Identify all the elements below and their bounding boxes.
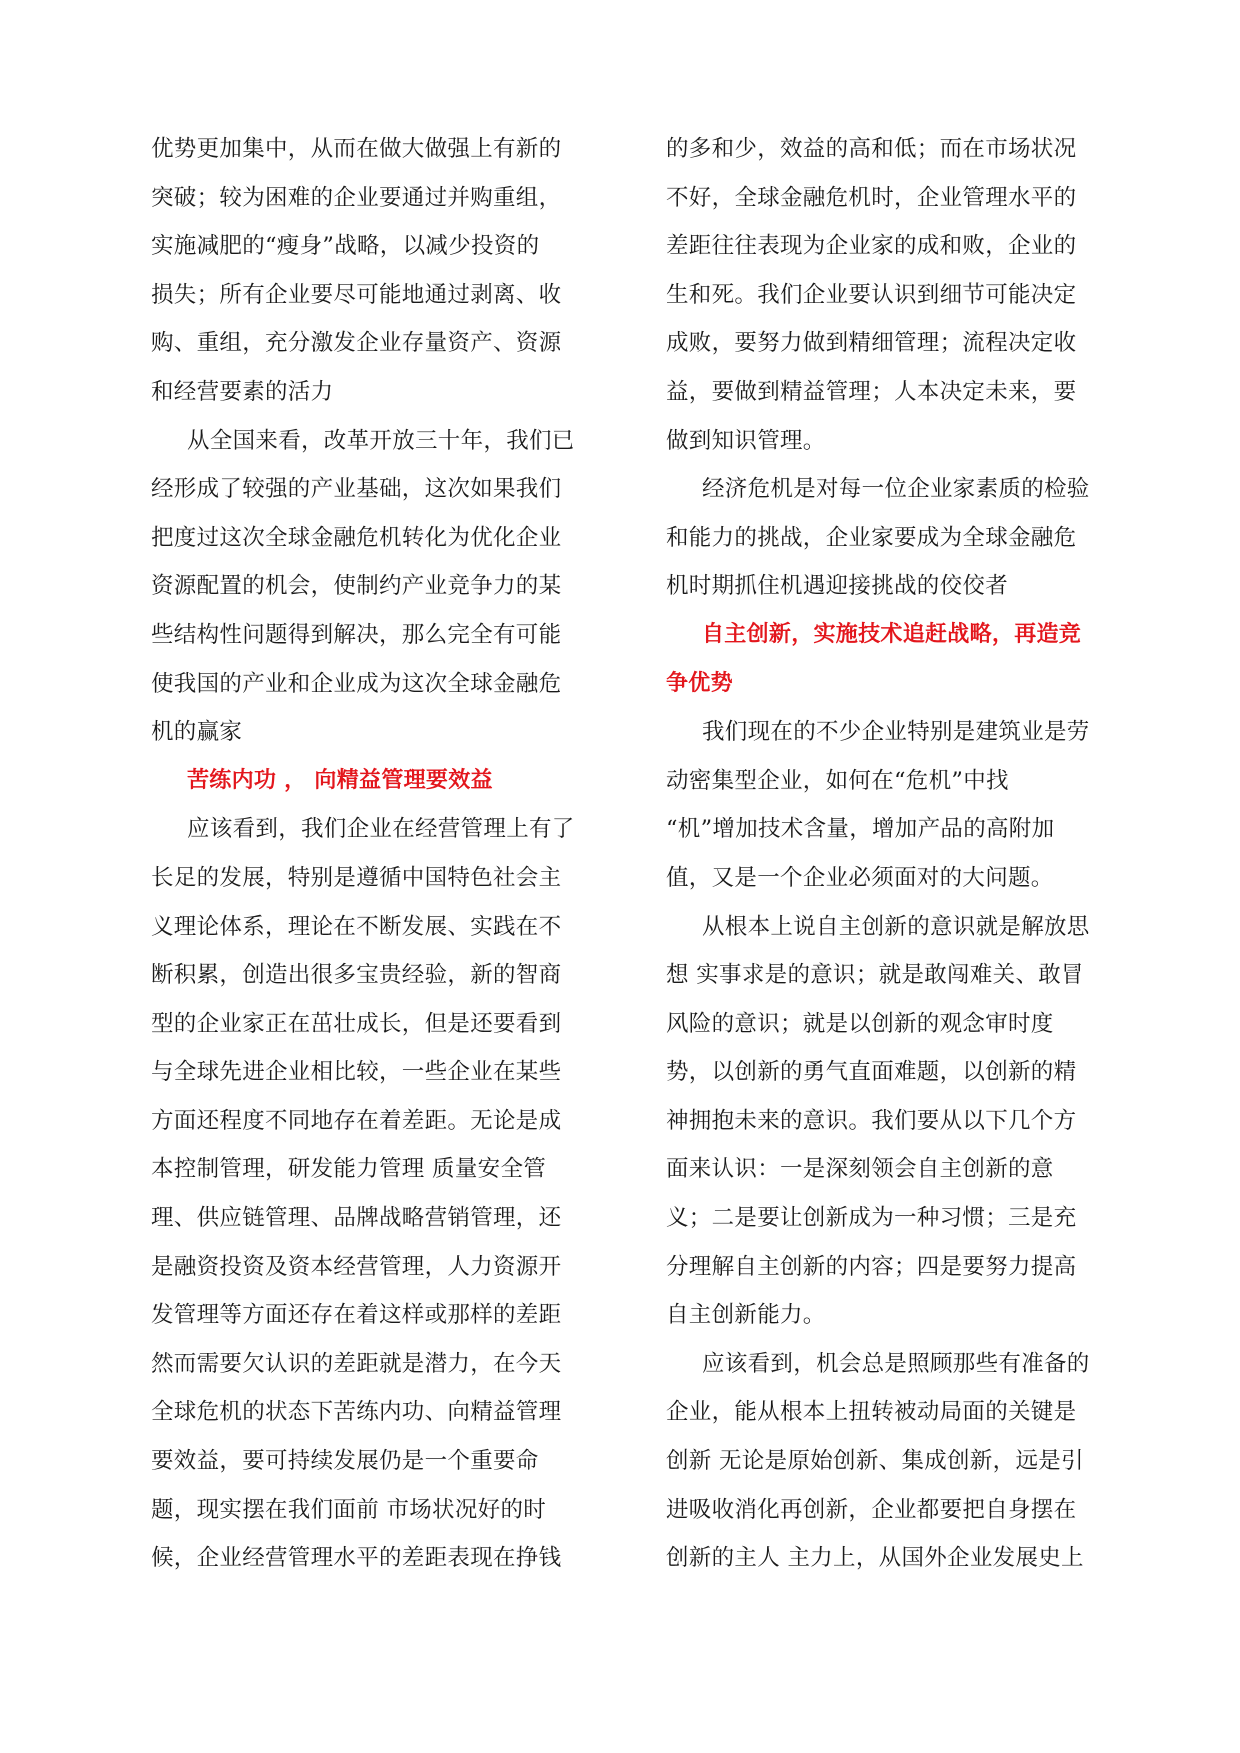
- text-line: 些结构性问题得到解决，那么完全有可能: [151, 611, 609, 660]
- text-line: 全球危机的状态下苦练内功、向精益管理: [151, 1388, 609, 1437]
- text-line: “机”增加技术含量，增加产品的高附加: [666, 805, 1124, 854]
- section-heading-continued: 争优势: [666, 660, 1124, 709]
- text-line: 型的企业家正在茁壮成长，但是还要看到: [151, 1000, 609, 1049]
- text-line: 然而需要欠认识的差距就是潜力，在今天: [151, 1340, 609, 1389]
- paragraph-start-line: 应该看到，机会总是照顾那些有准备的: [666, 1340, 1124, 1389]
- paragraph-start-line: 经济危机是对每一位企业家素质的检验: [666, 465, 1124, 514]
- left-column: 优势更加集中，从而在做大做强上有新的 突破；较为困难的企业要通过并购重组， 实施…: [151, 125, 609, 1583]
- right-column: 的多和少，效益的高和低；而在市场状况 不好，全球金融危机时，企业管理水平的 差距…: [666, 125, 1124, 1583]
- text-line: 突破；较为困难的企业要通过并购重组，: [151, 174, 609, 223]
- text-line: 的多和少，效益的高和低；而在市场状况: [666, 125, 1124, 174]
- text-line: 实施减肥的“瘦身”战略，以减少投资的: [151, 222, 609, 271]
- section-heading: 苦练内功 ， 向精益管理要效益: [151, 757, 609, 806]
- text-line: 企业，能从根本上扭转被动局面的关键是: [666, 1388, 1124, 1437]
- text-line: 益，要做到精益管理；人本决定未来，要: [666, 368, 1124, 417]
- text-line: 义；二是要让创新成为一种习惯；三是充: [666, 1194, 1124, 1243]
- text-line: 创新的主人 主力上，从国外企业发展史上: [666, 1534, 1124, 1583]
- text-line: 成败，要努力做到精细管理；流程决定收: [666, 319, 1124, 368]
- text-line: 发管理等方面还存在着这样或那样的差距: [151, 1291, 609, 1340]
- text-line: 方面还程度不同地存在着差距。无论是成: [151, 1097, 609, 1146]
- text-line: 资源配置的机会，使制约产业竞争力的某: [151, 562, 609, 611]
- text-line: 候，企业经营管理水平的差距表现在挣钱: [151, 1534, 609, 1583]
- text-line: 和能力的挑战，企业家要成为全球金融危: [666, 514, 1124, 563]
- text-line: 做到知识管理。: [666, 417, 1124, 466]
- text-line: 动密集型企业，如何在“危机”中找: [666, 757, 1124, 806]
- text-line: 不好，全球金融危机时，企业管理水平的: [666, 174, 1124, 223]
- text-line: 长足的发展，特别是遵循中国特色社会主: [151, 854, 609, 903]
- text-line: 自主创新能力。: [666, 1291, 1124, 1340]
- section-heading: 自主创新，实施技术追赶战略，再造竞: [666, 611, 1124, 660]
- text-line: 优势更加集中，从而在做大做强上有新的: [151, 125, 609, 174]
- text-line: 要效益，要可持续发展仍是一个重要命: [151, 1437, 609, 1486]
- text-line: 值，又是一个企业必须面对的大问题。: [666, 854, 1124, 903]
- text-line: 势，以创新的勇气直面难题，以创新的精: [666, 1048, 1124, 1097]
- text-line: 面来认识：一是深刻领会自主创新的意: [666, 1145, 1124, 1194]
- text-line: 与全球先进企业相比较，一些企业在某些: [151, 1048, 609, 1097]
- text-line: 神拥抱未来的意识。我们要从以下几个方: [666, 1097, 1124, 1146]
- paragraph-start-line: 我们现在的不少企业特别是建筑业是劳: [666, 708, 1124, 757]
- text-line: 义理论体系，理论在不断发展、实践在不: [151, 903, 609, 952]
- text-line: 创新 无论是原始创新、集成创新，远是引: [666, 1437, 1124, 1486]
- text-line: 题，现实摆在我们面前 市场状况好的时: [151, 1486, 609, 1535]
- text-line: 经形成了较强的产业基础，这次如果我们: [151, 465, 609, 514]
- text-line: 购、重组，充分激发企业存量资产、资源: [151, 319, 609, 368]
- text-line: 机的赢家: [151, 708, 609, 757]
- text-line: 损失；所有企业要尽可能地通过剥离、收: [151, 271, 609, 320]
- paragraph-start-line: 从根本上说自主创新的意识就是解放思: [666, 903, 1124, 952]
- document-page: 优势更加集中，从而在做大做强上有新的 突破；较为困难的企业要通过并购重组， 实施…: [0, 0, 1240, 1753]
- text-line: 进吸收消化再创新，企业都要把自身摆在: [666, 1486, 1124, 1535]
- text-line: 本控制管理，研发能力管理 质量安全管: [151, 1145, 609, 1194]
- text-line: 机时期抓住机遇迎接挑战的佼佼者: [666, 562, 1124, 611]
- paragraph-start-line: 从全国来看，改革开放三十年，我们已: [151, 417, 609, 466]
- text-line: 断积累，创造出很多宝贵经验，新的智商: [151, 951, 609, 1000]
- text-line: 把度过这次全球金融危机转化为优化企业: [151, 514, 609, 563]
- text-line: 和经营要素的活力: [151, 368, 609, 417]
- text-line: 使我国的产业和企业成为这次全球金融危: [151, 660, 609, 709]
- text-line: 理、供应链管理、品牌战略营销管理，还: [151, 1194, 609, 1243]
- text-line: 差距往往表现为企业家的成和败，企业的: [666, 222, 1124, 271]
- text-line: 生和死。我们企业要认识到细节可能决定: [666, 271, 1124, 320]
- text-line: 分理解自主创新的内容；四是要努力提高: [666, 1243, 1124, 1292]
- paragraph-start-line: 应该看到，我们企业在经营管理上有了: [151, 805, 609, 854]
- text-line: 想 实事求是的意识；就是敢闯难关、敢冒: [666, 951, 1124, 1000]
- text-line: 是融资投资及资本经营管理，人力资源开: [151, 1243, 609, 1292]
- text-line: 风险的意识；就是以创新的观念审时度: [666, 1000, 1124, 1049]
